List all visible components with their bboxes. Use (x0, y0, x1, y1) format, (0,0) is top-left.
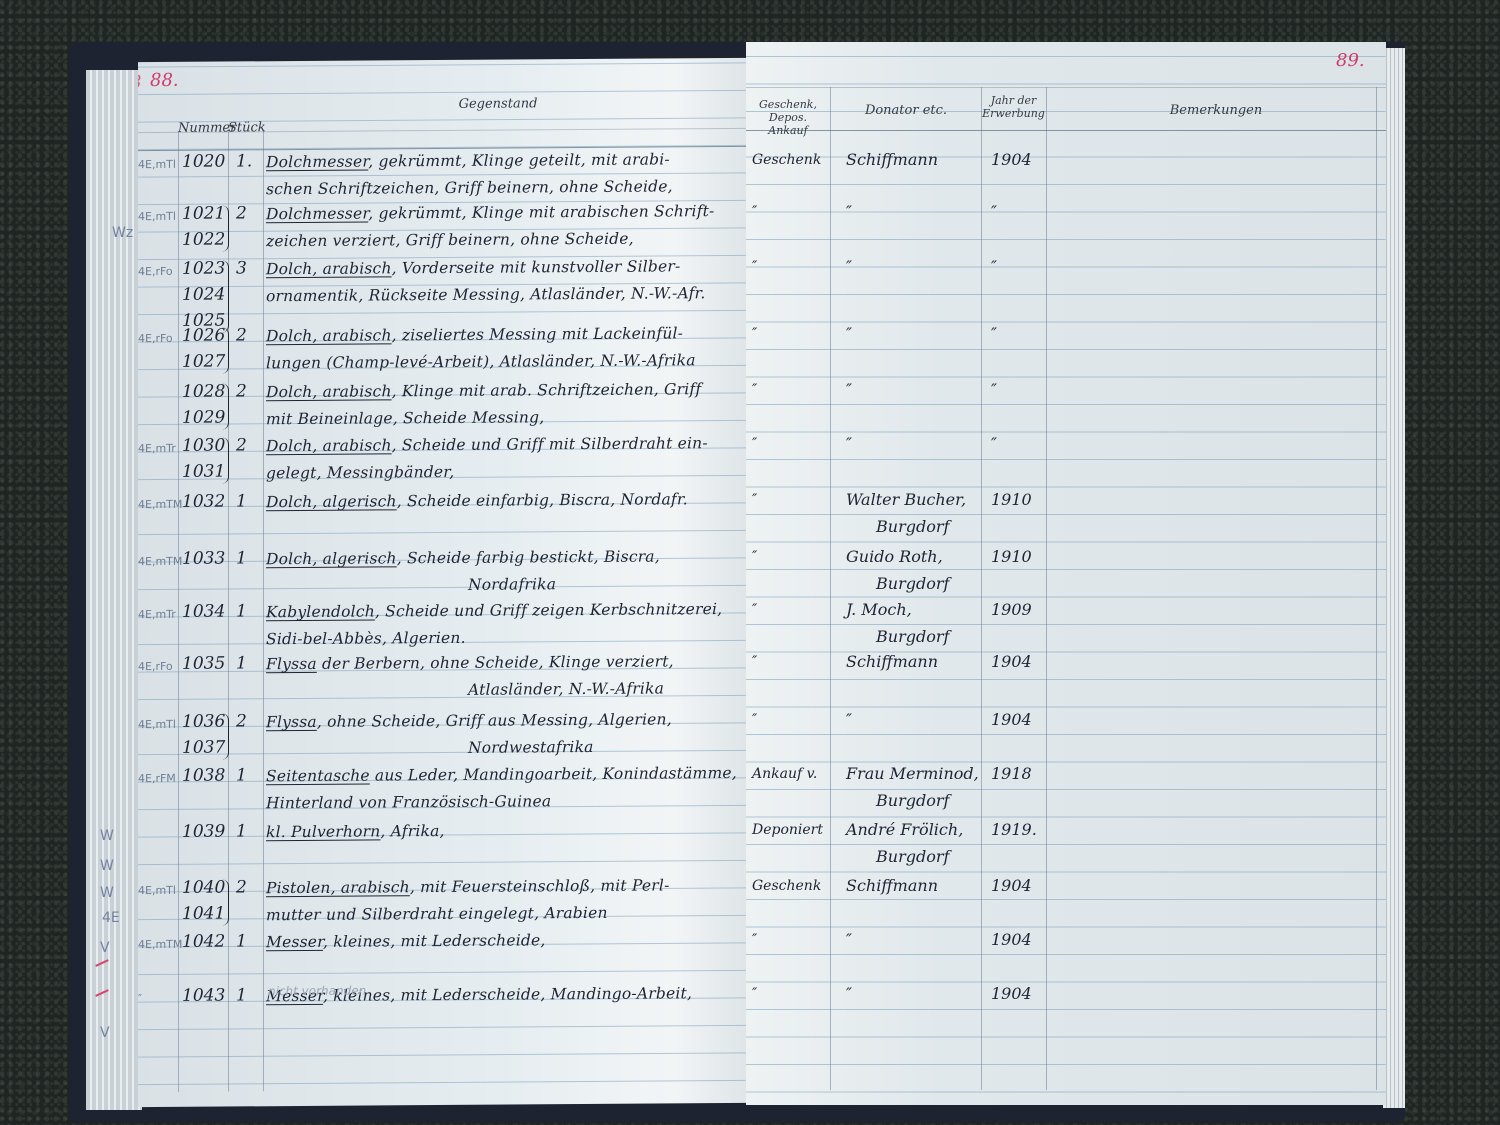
bracket (222, 205, 229, 251)
object-title: Dolchmesser (266, 153, 368, 172)
object-description: Messer, kleines, mit Lederscheide, (266, 931, 546, 951)
item-number: 1020 (182, 152, 225, 172)
right-page: 89. Geschenk, Depos. Ankauf Donator etc.… (746, 42, 1386, 1105)
object-description: Dolch, arabisch, Klinge mit arab. Schrif… (266, 380, 701, 401)
donor: ″ (846, 930, 852, 949)
donor: Burgdorf (876, 847, 949, 866)
piece-count: 2 (236, 877, 247, 897)
inventory-code: 4E,mTl (138, 718, 176, 731)
pencil-note: nicht vorhanden (268, 984, 366, 999)
object-description: Seitentasche aus Leder, Mandingoarbeit, … (266, 764, 737, 785)
column-divider (263, 131, 264, 1091)
item-number: 1030 (182, 436, 225, 456)
piece-count: 1. (236, 151, 252, 171)
object-description: Dolch, arabisch, Vorderseite mit kunstvo… (266, 257, 680, 278)
acquisition-type: ″ (752, 602, 757, 618)
donor: Schiffmann (846, 150, 938, 169)
header-remarks: Bemerkungen (1086, 104, 1346, 117)
piece-count: 1 (236, 601, 247, 621)
object-title: Kabylendolch (266, 602, 375, 621)
column-divider (1046, 87, 1047, 1090)
acquisition-year: ″ (991, 257, 997, 276)
item-number: 1043 (182, 986, 225, 1006)
object-title: kl. Pulverhorn (266, 822, 380, 841)
inventory-code: 4E,mTr (138, 608, 176, 621)
description-text: Atlasländer, N.-W.-Afrika (468, 679, 664, 698)
bracket (222, 260, 229, 332)
piece-count: 1 (236, 491, 247, 511)
object-description: Flyssa der Berbern, ohne Scheide, Klinge… (266, 652, 674, 673)
object-description: Dolch, arabisch, Scheide und Griff mit S… (266, 434, 708, 455)
inventory-code: 4E,rFo (138, 332, 173, 345)
object-description: Dolch, arabisch, ziseliertes Messing mit… (266, 324, 683, 345)
description-text: , ziseliertes Messing mit Lackeinfül- (392, 324, 683, 344)
description-text: , Scheide und Griff zeigen Kerbschnitzer… (375, 600, 722, 620)
margin-mark: 4E (102, 910, 120, 926)
item-number: 1024 (182, 285, 225, 305)
description-text: Nordafrika (468, 575, 556, 594)
object-title: Dolch, arabisch (266, 326, 392, 345)
inventory-code: 4E,mTl (138, 210, 176, 223)
acquisition-type: Ankauf v. (752, 766, 817, 782)
description-text: , ohne Scheide, Griff aus Messing, Alger… (317, 710, 672, 730)
description-text: mit Beineinlage, Scheide Messing, (266, 408, 544, 428)
donor: Burgdorf (876, 517, 949, 536)
prev-page-number: 8 (138, 72, 141, 93)
piece-count: 1 (236, 548, 247, 568)
acquisition-type: ″ (752, 492, 757, 508)
item-number: 1023 (182, 259, 225, 279)
piece-count: 1 (236, 931, 247, 951)
item-number: 1021 (182, 204, 225, 224)
item-number: 1033 (182, 549, 225, 569)
acquisition-year: 1910 (991, 490, 1032, 509)
description-text: , Klinge mit arab. Schriftzeichen, Griff (392, 380, 702, 400)
description-text: , Scheide farbig bestickt, Biscra, (397, 547, 660, 567)
piece-count: 2 (236, 203, 247, 223)
piece-count: 1 (236, 653, 247, 673)
description-text: , Afrika, (380, 822, 444, 840)
donor: Walter Bucher, (846, 490, 966, 509)
item-number: 1026 (182, 326, 225, 346)
column-divider (830, 87, 831, 1090)
item-number: 1031 (182, 462, 225, 482)
description-text: , Scheide und Griff mit Silberdraht ein- (392, 434, 708, 454)
donor: ″ (846, 257, 852, 276)
inventory-code: 4E,mTr (138, 442, 176, 455)
bracket (222, 437, 229, 483)
piece-count: 1 (236, 985, 247, 1005)
description-text: gelegt, Messingbänder, (266, 463, 454, 482)
object-title: Flyssa (266, 655, 317, 673)
donor: ″ (846, 434, 852, 453)
margin-mark: W (100, 828, 114, 844)
object-description: Flyssa, ohne Scheide, Griff aus Messing,… (266, 710, 672, 731)
acquisition-type: ″ (752, 549, 757, 565)
object-title: Dolchmesser (266, 205, 368, 224)
object-description: Dolchmesser, gekrümmt, Klinge mit arabis… (266, 202, 715, 223)
bracket (222, 383, 229, 429)
acquisition-year: ″ (991, 380, 997, 399)
margin-mark: V (100, 940, 110, 956)
donor: Schiffmann (846, 652, 938, 671)
inventory-code: 4E,rFo (138, 265, 173, 278)
item-number: 1035 (182, 654, 225, 674)
item-number: 1022 (182, 230, 225, 250)
page-number-left: 88. (150, 70, 179, 91)
description-text: , Vorderseite mit kunstvoller Silber- (392, 257, 681, 277)
piece-count: 1 (236, 765, 247, 785)
donor: Guido Roth, (846, 547, 943, 566)
piece-count: 1 (236, 821, 247, 841)
object-title: Dolch, arabisch (266, 259, 392, 278)
acquisition-type: ″ (752, 382, 757, 398)
header-bottom-rule (746, 130, 1386, 131)
header-year: Jahr der Erwerbung (981, 94, 1046, 120)
inventory-code: ″ (138, 992, 142, 1005)
inventory-code: 4E,mTM (138, 555, 182, 568)
donor: ″ (846, 710, 852, 729)
object-title: Dolch, arabisch (266, 382, 392, 401)
acquisition-year: ″ (991, 202, 997, 221)
description-text: , kleines, mit Lederscheide, Mandingo-Ar… (323, 984, 692, 1005)
donor: Frau Merminod, (846, 764, 979, 783)
item-number: 1038 (182, 766, 225, 786)
object-description: Dolchmesser, gekrümmt, Klinge geteilt, m… (266, 150, 670, 171)
item-number: 1029 (182, 408, 225, 428)
object-description: Kabylendolch, Scheide und Griff zeigen K… (266, 600, 722, 621)
acquisition-type: ″ (752, 436, 757, 452)
object-title: Flyssa (266, 713, 317, 731)
acquisition-year: 1919. (991, 820, 1037, 839)
description-text: Hinterland von Französisch-Guinea (266, 792, 551, 812)
header-pieces: Stück (228, 121, 263, 134)
item-number: 1040 (182, 878, 225, 898)
header-object: Gegenstand (398, 97, 598, 111)
donor: Schiffmann (846, 876, 938, 895)
object-title: Dolch, arabisch (266, 436, 392, 455)
acquisition-year: 1904 (991, 984, 1032, 1003)
description-text: Nordwestafrika (468, 738, 594, 757)
piece-count: 2 (236, 325, 247, 345)
margin-mark: W (100, 858, 114, 874)
acquisition-year: ″ (991, 434, 997, 453)
donor: J. Moch, (846, 600, 912, 619)
header-donor: Donator etc. (836, 104, 976, 117)
donor: André Frölich, (846, 820, 963, 839)
object-description: Dolch, algerisch, Scheide farbig bestick… (266, 547, 660, 568)
description-text: der Berbern, ohne Scheide, Klinge verzie… (317, 652, 674, 672)
donor: ″ (846, 380, 852, 399)
inventory-code: 4E,mTM (138, 938, 182, 951)
piece-count: 3 (236, 258, 247, 278)
donor: ″ (846, 984, 852, 1003)
donor: ″ (846, 202, 852, 221)
donor: Burgdorf (876, 791, 949, 810)
object-title: Dolch, algerisch (266, 549, 397, 568)
object-title: Dolch, algerisch (266, 492, 397, 511)
left-page: 8 88. Nummer Stück Gegenstand 4E,mTl1020… (138, 58, 746, 1107)
acquisition-type: Geschenk (752, 152, 821, 168)
description-text: , mit Feuersteinschloß, mit Perl- (410, 876, 670, 896)
piece-count: 2 (236, 711, 247, 731)
inventory-code: 4E,mTl (138, 158, 176, 171)
inventory-code: 4E,rFo (138, 660, 173, 673)
object-title: Pistolen, arabisch (266, 878, 410, 897)
acquisition-year: 1904 (991, 150, 1032, 169)
acquisition-year: 1904 (991, 930, 1032, 949)
item-number: 1036 (182, 712, 225, 732)
description-text: , Scheide einfarbig, Biscra, Nordafr. (397, 490, 688, 510)
acquisition-type: Geschenk (752, 878, 821, 894)
bracket (222, 713, 229, 759)
margin-mark: W (100, 885, 114, 901)
acquisition-type: ″ (752, 932, 757, 948)
inventory-code: 4E,mTM (138, 498, 182, 511)
description-text: aus Leder, Mandingoarbeit, Konindastämme… (370, 764, 737, 785)
description-text: Sidi-bel-Abbès, Algerien. (266, 629, 466, 648)
piece-count: 2 (236, 381, 247, 401)
header-type: Geschenk, Depos. Ankauf (748, 98, 828, 137)
object-title: Messer (266, 933, 323, 951)
acquisition-year: 1904 (991, 652, 1032, 671)
acquisition-year: 1904 (991, 876, 1032, 895)
header-top-rule (746, 87, 1386, 88)
object-description: Pistolen, arabisch, mit Feuersteinschloß… (266, 876, 670, 897)
ruled-lines (746, 42, 1386, 1105)
item-number: 1042 (182, 932, 225, 952)
acquisition-type: ″ (752, 204, 757, 220)
item-number: 1027 (182, 352, 225, 372)
inventory-code: 4E,rFM (138, 772, 176, 785)
donor: Burgdorf (876, 574, 949, 593)
page-number-right: 89. (1336, 50, 1365, 71)
acquisition-year: 1910 (991, 547, 1032, 566)
object-description: Dolch, algerisch, Scheide einfarbig, Bis… (266, 490, 688, 511)
acquisition-type: ″ (752, 259, 757, 275)
item-number: 1034 (182, 602, 225, 622)
header-number: Nummer (178, 121, 228, 134)
donor: Burgdorf (876, 627, 949, 646)
object-description: kl. Pulverhorn, Afrika, (266, 822, 445, 841)
description-text: , gekrümmt, Klinge mit arabischen Schrif… (368, 202, 714, 222)
acquisition-type: ″ (752, 326, 757, 342)
margin-mark: Wz (112, 225, 133, 241)
acquisition-year: 1904 (991, 710, 1032, 729)
right-page-edges (1383, 48, 1405, 1108)
description-text: , kleines, mit Lederscheide, (323, 931, 545, 951)
acquisition-year: 1918 (991, 764, 1032, 783)
description-text: , gekrümmt, Klinge geteilt, mit arabi- (368, 150, 670, 170)
description-text: ornamentik, Rückseite Messing, Atlasländ… (266, 284, 706, 305)
description-text: zeichen verziert, Griff beinern, ohne Sc… (266, 230, 634, 251)
piece-count: 2 (236, 435, 247, 455)
margin-mark: V (100, 1025, 110, 1041)
inventory-code: 4E,mTl (138, 884, 176, 897)
acquisition-type: ″ (752, 986, 757, 1002)
column-divider (981, 87, 982, 1090)
acquisition-type: Deponiert (752, 822, 823, 838)
column-divider (1376, 87, 1377, 1090)
acquisition-type: ″ (752, 712, 757, 728)
item-number: 1039 (182, 822, 225, 842)
description-text: schen Schriftzeichen, Griff beinern, ohn… (266, 177, 673, 198)
item-number: 1032 (182, 492, 225, 512)
bracket (222, 327, 229, 373)
item-number: 1037 (182, 738, 225, 758)
acquisition-type: ″ (752, 654, 757, 670)
item-number: 1041 (182, 904, 225, 924)
item-number: 1028 (182, 382, 225, 402)
object-title: Seitentasche (266, 767, 370, 786)
acquisition-year: 1909 (991, 600, 1032, 619)
donor: ″ (846, 324, 852, 343)
description-text: mutter und Silberdraht eingelegt, Arabie… (266, 904, 608, 924)
bracket (222, 879, 229, 925)
acquisition-year: ″ (991, 324, 997, 343)
description-text: lungen (Champ-levé-Arbeit), Atlasländer,… (266, 351, 696, 372)
